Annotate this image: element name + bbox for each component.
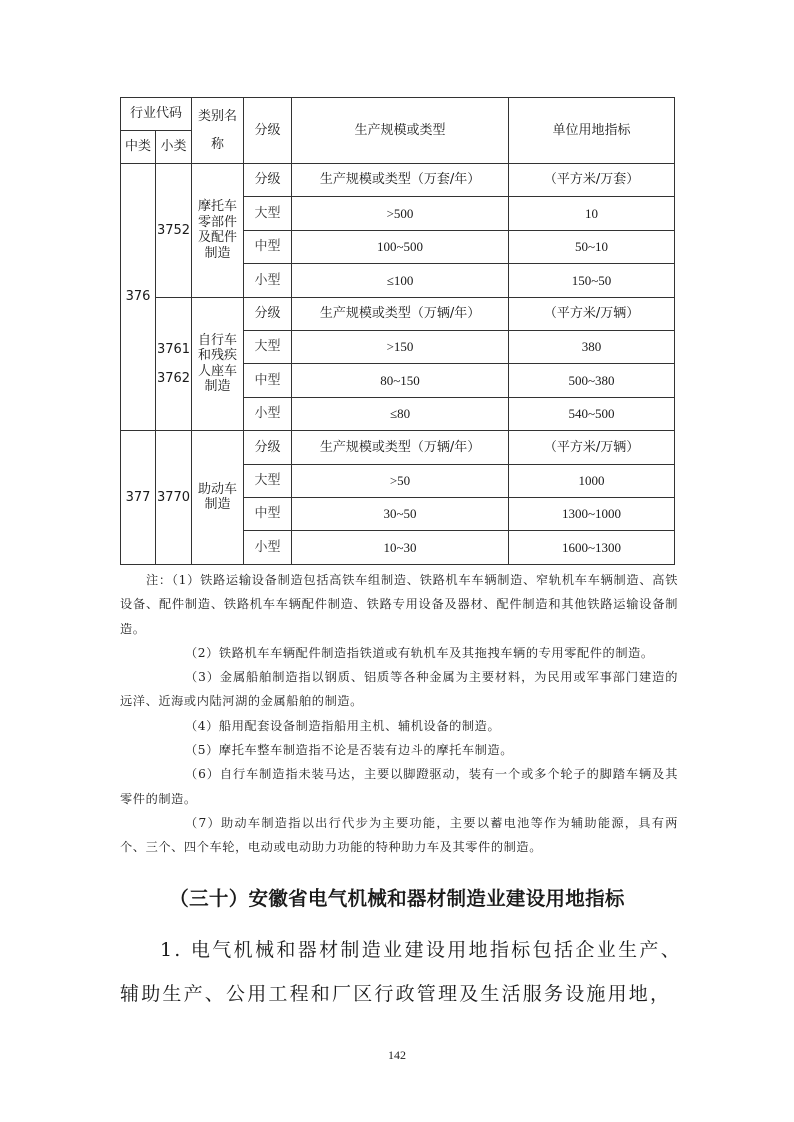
unit-grade-cell: 分级 <box>244 431 292 464</box>
unit-grade-cell: 分级 <box>244 297 292 330</box>
category-name-line: 人座车 <box>192 364 243 380</box>
header-sub-class: 小类 <box>156 131 192 164</box>
land-index-cell: 540~500 <box>509 397 675 430</box>
category-name-line: 和残疾 <box>192 348 243 364</box>
body-paragraph-block: 1. 电气机械和器材制造业建设用地指标包括企业生产、辅助生产、公用工程和厂区行政… <box>120 928 682 1016</box>
sub-code: 3761 <box>156 335 191 364</box>
header-scale: 生产规模或类型 <box>292 98 509 164</box>
land-index-cell: 50~10 <box>509 230 675 263</box>
body-paragraph: 1. 电气机械和器材制造业建设用地指标包括企业生产、辅助生产、公用工程和厂区行政… <box>120 928 682 1016</box>
category-name-line: 自行车 <box>192 333 243 349</box>
unit-land-index-cell: （平方米/万套） <box>509 164 675 197</box>
category-name-cell: 助动车 制造 <box>192 431 244 565</box>
scale-cell: >500 <box>292 197 509 230</box>
land-index-cell: 150~50 <box>509 264 675 297</box>
header-category-name: 类别名称 <box>192 98 244 164</box>
grade-cell: 大型 <box>244 197 292 230</box>
grade-cell: 中型 <box>244 230 292 263</box>
header-land-index: 单位用地指标 <box>509 98 675 164</box>
page-number: 142 <box>0 1048 794 1063</box>
category-name-line: 助动车 <box>192 482 243 498</box>
note-7: （7）助动车制造指以出行代步为主要功能，主要以蓄电池等作为辅助能源，具有两个、三… <box>120 811 678 860</box>
land-index-cell: 10 <box>509 197 675 230</box>
grade-cell: 中型 <box>244 364 292 397</box>
header-mid-class: 中类 <box>121 131 156 164</box>
grade-cell: 小型 <box>244 531 292 564</box>
grade-cell: 大型 <box>244 330 292 363</box>
note-6: （6）自行车制造指未装马达，主要以脚蹬驱动，装有一个或多个轮子的脚踏车辆及其零件… <box>120 762 678 811</box>
category-name-cell: 自行车 和残疾 人座车 制造 <box>192 297 244 431</box>
mid-code-cell: 376 <box>121 164 156 431</box>
mid-code-cell: 377 <box>121 431 156 565</box>
table-notes: 注：（1）铁路运输设备制造包括高铁车组制造、铁路机车车辆制造、窄轨机车车辆制造、… <box>120 568 678 860</box>
table-row: 377 3770 助动车 制造 分级 生产规模或类型（万辆/年） （平方米/万辆… <box>121 431 675 464</box>
table-row: 3761 3762 自行车 和残疾 人座车 制造 分级 生产规模或类型（万辆/年… <box>121 297 675 330</box>
sub-code-cell: 3770 <box>156 431 192 565</box>
land-index-cell: 1300~1000 <box>509 497 675 530</box>
category-name-line: 零部件 <box>192 215 243 231</box>
note-3: （3）金属船舶制造指以钢质、铝质等各种金属为主要材料，为民用或军事部门建造的远洋… <box>120 665 678 714</box>
note-5: （5）摩托车整车制造指不论是否装有边斗的摩托车制造。 <box>120 738 678 762</box>
document-page: 行业代码 类别名称 分级 生产规模或类型 单位用地指标 中类 小类 376 37… <box>0 0 794 1122</box>
land-use-index-table: 行业代码 类别名称 分级 生产规模或类型 单位用地指标 中类 小类 376 37… <box>120 97 675 565</box>
scale-cell: >150 <box>292 330 509 363</box>
category-name-line: 制造 <box>192 246 243 262</box>
header-category-name-text: 类别名称 <box>196 103 239 159</box>
land-index-cell: 380 <box>509 330 675 363</box>
header-grade: 分级 <box>244 98 292 164</box>
section-heading: （三十）安徽省电气机械和器材制造业建设用地指标 <box>0 883 794 911</box>
sub-code-cell: 3761 3762 <box>156 297 192 431</box>
category-name-line: 制造 <box>192 379 243 395</box>
grade-cell: 大型 <box>244 464 292 497</box>
scale-cell: 100~500 <box>292 230 509 263</box>
scale-cell: 30~50 <box>292 497 509 530</box>
scale-cell: 80~150 <box>292 364 509 397</box>
grade-cell: 小型 <box>244 264 292 297</box>
category-name-cell: 摩托车 零部件 及配件 制造 <box>192 164 244 298</box>
unit-scale-cell: 生产规模或类型（万辆/年） <box>292 431 509 464</box>
table-header-row: 行业代码 类别名称 分级 生产规模或类型 单位用地指标 <box>121 98 675 131</box>
scale-cell: >50 <box>292 464 509 497</box>
sub-code: 3762 <box>156 364 191 393</box>
grade-cell: 小型 <box>244 397 292 430</box>
unit-land-index-cell: （平方米/万辆） <box>509 297 675 330</box>
scale-cell: 10~30 <box>292 531 509 564</box>
land-index-cell: 500~380 <box>509 364 675 397</box>
unit-grade-cell: 分级 <box>244 164 292 197</box>
note-2: （2）铁路机车车辆配件制造指铁道或有轨机车及其拖拽车辆的专用零配件的制造。 <box>120 641 678 665</box>
scale-cell: ≤100 <box>292 264 509 297</box>
scale-cell: ≤80 <box>292 397 509 430</box>
category-name-line: 摩托车 <box>192 199 243 215</box>
unit-scale-cell: 生产规模或类型（万辆/年） <box>292 297 509 330</box>
header-industry-code: 行业代码 <box>121 98 192 131</box>
table-row: 376 3752 摩托车 零部件 及配件 制造 分级 生产规模或类型（万套/年）… <box>121 164 675 197</box>
sub-code-cell: 3752 <box>156 164 192 298</box>
land-index-cell: 1600~1300 <box>509 531 675 564</box>
grade-cell: 中型 <box>244 497 292 530</box>
unit-land-index-cell: （平方米/万辆） <box>509 431 675 464</box>
note-4: （4）船用配套设备制造指船用主机、辅机设备的制造。 <box>120 714 678 738</box>
unit-scale-cell: 生产规模或类型（万套/年） <box>292 164 509 197</box>
sub-code: 3752 <box>156 216 191 245</box>
land-index-cell: 1000 <box>509 464 675 497</box>
note-1: 注：（1）铁路运输设备制造包括高铁车组制造、铁路机车车辆制造、窄轨机车车辆制造、… <box>120 568 678 641</box>
category-name-line: 及配件 <box>192 230 243 246</box>
sub-code: 3770 <box>156 483 191 512</box>
category-name-line: 制造 <box>192 497 243 513</box>
